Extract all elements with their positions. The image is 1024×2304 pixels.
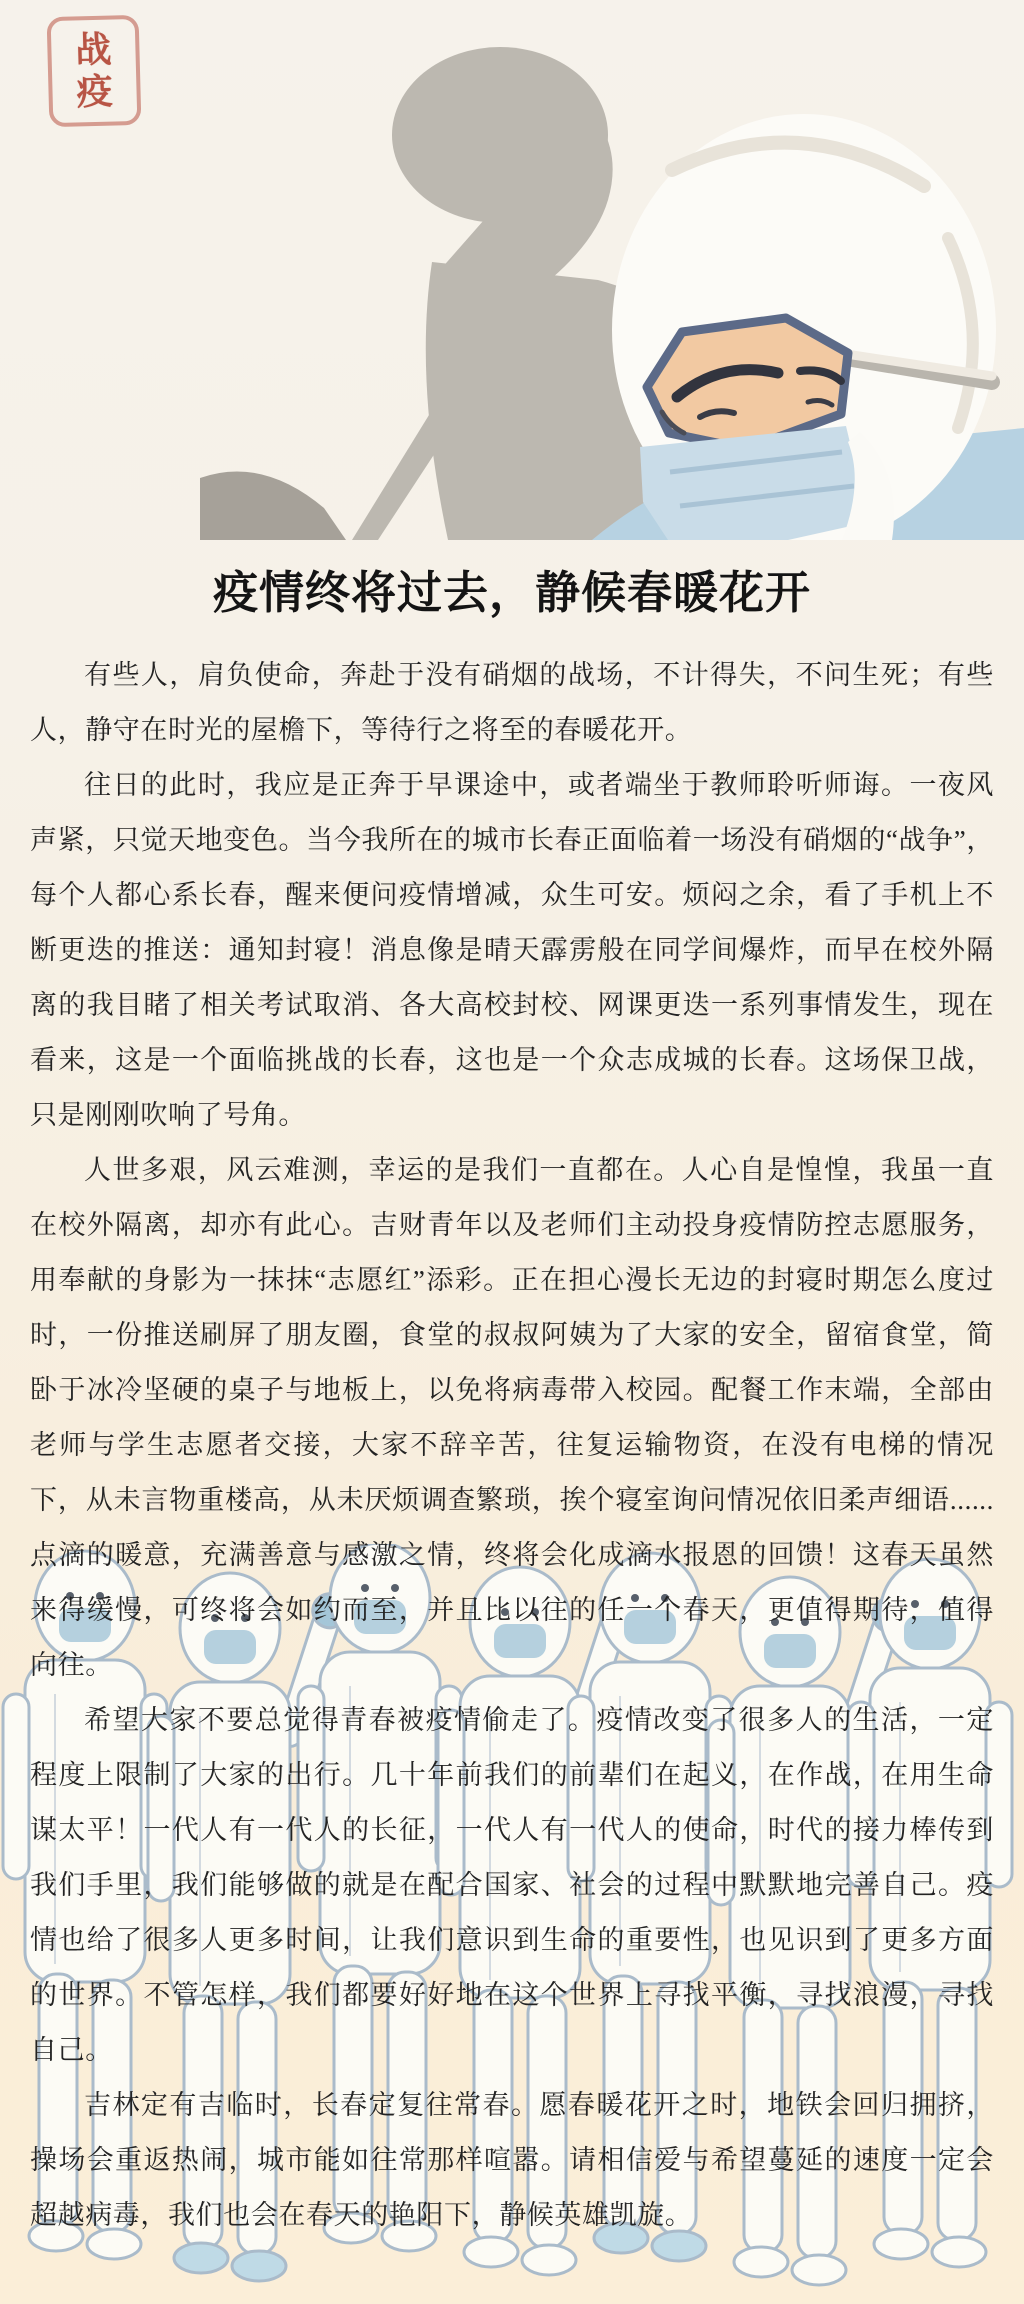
paragraph-1: 有些人，肩负使命，奔赴于没有硝烟的战场，不计得失，不问生死；有些人，静守在时光的…	[30, 648, 994, 758]
article-body: 有些人，肩负使命，奔赴于没有硝烟的战场，不计得失，不问生死；有些人，静守在时光的…	[30, 648, 994, 2243]
war-on-epidemic-seal: 战 疫	[47, 15, 142, 127]
article-title: 疫情终将过去，静候春暖花开	[0, 556, 1024, 621]
medic-portrait	[592, 114, 1024, 540]
paragraph-3: 人世多艰，风云难测，幸运的是我们一直都在。人心自是惶惶，我虽一直在校外隔离，却亦…	[30, 1143, 994, 1693]
seal-char-top: 战	[75, 30, 112, 71]
paragraph-2: 往日的此时，我应是正奔于早课途中，或者端坐于教师聆听师诲。一夜风声紧，只觉天地变…	[30, 758, 994, 1143]
seal-char-bottom: 疫	[76, 72, 113, 113]
article-page: 战 疫	[0, 0, 1024, 2304]
hero-illustration	[200, 0, 1024, 540]
paragraph-4: 希望大家不要总觉得青春被疫情偷走了。疫情改变了很多人的生活，一定程度上限制了大家…	[30, 1693, 994, 2078]
paragraph-5: 吉林定有吉临时，长春定复往常春。愿春暖花开之时，地铁会回归拥挤，操场会重返热闹，…	[30, 2078, 994, 2243]
